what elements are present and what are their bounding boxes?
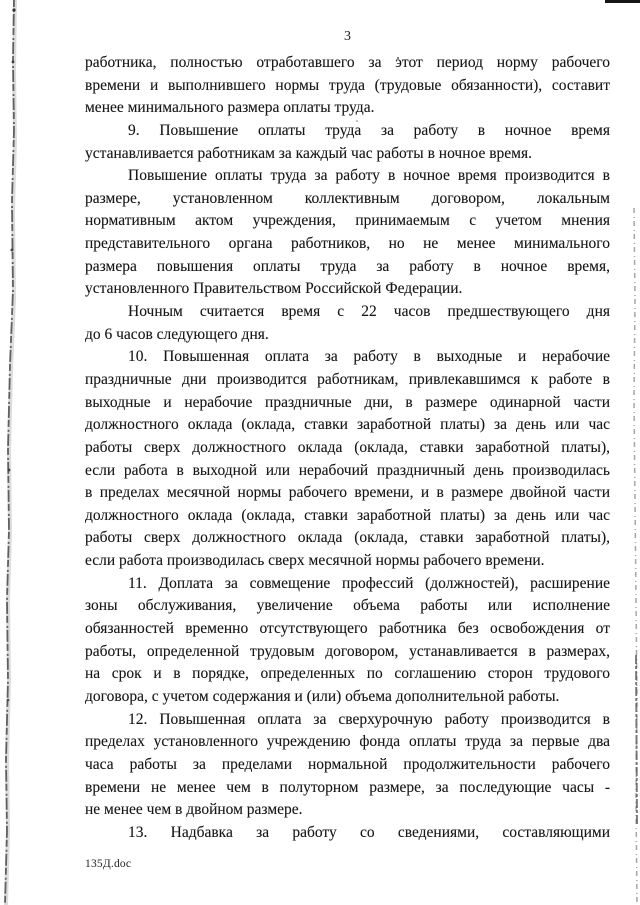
text-line: должностного оклада (оклада, ставки зара… (85, 505, 610, 528)
text-line: времени и выполнившего нормы труда (труд… (85, 75, 610, 98)
text-line: работника, полностью отработавшего за эт… (85, 52, 610, 75)
text-line: 12. Повышенная оплата за сверхурочную ра… (85, 709, 610, 732)
paragraph: Повышение оплаты труда за работу в ночно… (85, 165, 610, 301)
text-line: нормативным актом учреждения, принимаемы… (85, 210, 610, 233)
text-line: установленного Правительством Российской… (85, 278, 610, 301)
text-line: работы сверх должностного оклада (оклада… (85, 527, 610, 550)
text-line: часа работы за пределами нормальной прод… (85, 754, 610, 777)
text-line: Ночным считается время с 22 часов предше… (85, 301, 610, 324)
text-line: если работа производилась сверх месячной… (85, 550, 610, 573)
text-line: работы, определенной трудовым договором,… (85, 641, 610, 664)
text-line: 9. Повышение оплаты труда за работу в но… (85, 120, 610, 143)
document-page: 3 работника, полностью отработавшего за … (0, 0, 640, 905)
page-number: 3 (85, 29, 610, 45)
text-line: размера повышения оплаты труда за работу… (85, 256, 610, 279)
scan-speck (11, 249, 14, 252)
left-scan-edge-shadow (6, 0, 15, 905)
top-right-scan-bar (605, 0, 640, 3)
paragraph: Ночным считается время с 22 часов предше… (85, 301, 610, 346)
text-line: не менее чем в двойном размере. (85, 799, 610, 822)
text-line: представительного органа работников, но … (85, 233, 610, 256)
document-filename: 135Д.doc (85, 858, 131, 870)
text-line: если работа в выходной или нерабочий пра… (85, 460, 610, 483)
paragraph: 11. Доплата за совмещение профессий (дол… (85, 573, 610, 709)
text-line: в пределах месячной нормы рабочего време… (85, 482, 610, 505)
text-line: менее минимального размера оплаты труда. (85, 97, 610, 120)
text-line: на срок и в порядке, определенных по сог… (85, 663, 610, 686)
text-line: размере, установленном коллективным дого… (85, 188, 610, 211)
paragraph: 10. Повышенная оплата за работу в выходн… (85, 346, 610, 572)
text-line: договора, с учетом содержания и (или) об… (85, 686, 610, 709)
scan-speck (8, 469, 11, 472)
text-block: работника, полностью отработавшего за эт… (85, 52, 610, 844)
text-line: 10. Повышенная оплата за работу в выходн… (85, 346, 610, 369)
text-line: времени не менее чем в полуторном размер… (85, 777, 610, 800)
text-line: устанавливается работникам за каждый час… (85, 143, 610, 166)
text-line: выходные и нерабочие праздничные дни, в … (85, 392, 610, 415)
paragraph: 13. Надбавка за работу со сведениями, со… (85, 822, 610, 845)
text-line: 11. Доплата за совмещение профессий (дол… (85, 573, 610, 596)
right-scan-edge-line (634, 208, 637, 905)
text-line: Повышение оплаты труда за работу в ночно… (85, 165, 610, 188)
text-line: до 6 часов следующего дня. (85, 324, 610, 347)
paragraph: работника, полностью отработавшего за эт… (85, 52, 610, 120)
paragraph: 12. Повышенная оплата за сверхурочную ра… (85, 709, 610, 822)
paragraph: 9. Повышение оплаты труда за работу в но… (85, 120, 610, 165)
text-line: пределах установленного учреждению фонда… (85, 731, 610, 754)
text-line: 13. Надбавка за работу со сведениями, со… (85, 822, 610, 845)
text-line: зоны обслуживания, увеличение объема раб… (85, 595, 610, 618)
left-scan-edge-line (5, 0, 14, 905)
text-line: праздничные дни производится работникам,… (85, 369, 610, 392)
scan-speck (7, 699, 10, 702)
scan-speck (12, 8, 15, 11)
scan-speck (12, 61, 15, 64)
text-line: работы сверх должностного оклада (оклада… (85, 437, 610, 460)
text-line: должностного оклада (оклада, ставки зара… (85, 414, 610, 437)
text-line: обязанностей временно отсутствующего раб… (85, 618, 610, 641)
right-scan-edge-dark (636, 655, 637, 825)
